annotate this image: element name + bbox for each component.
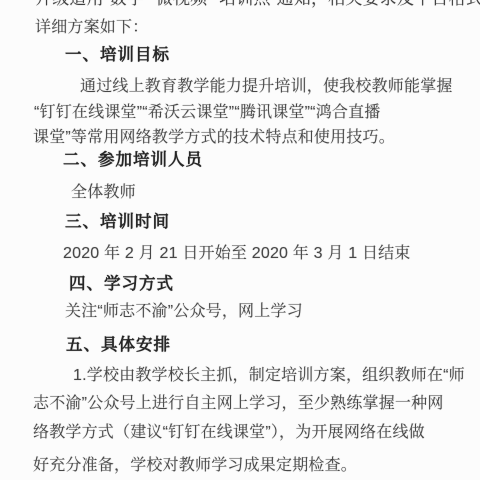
section-5-body-line-2: 志不渝”公众号上进行自主网上学习，至少熟练掌握一种网 — [33, 394, 444, 413]
section-2-heading: 二、参加培训人员 — [63, 151, 203, 170]
document-page: 升级适用“数字”“微视频”“培训点”通知，相关要求及平台格式 详细方案如下： 一… — [0, 0, 480, 480]
section-1-heading: 一、培训目标 — [65, 46, 170, 65]
section-4-heading: 四、学习方式 — [69, 275, 174, 294]
intro-line: 详细方案如下： — [35, 18, 148, 37]
section-2-body-line-1: 全体教师 — [71, 183, 136, 202]
section-3-body-line-1: 2020 年 2 月 21 日开始至 2020 年 3 月 1 日结束 — [63, 244, 411, 263]
section-1-body-line-1: 通过线上教育教学能力提升培训，使我校教师能掌握 — [80, 77, 453, 96]
section-1-body-line-3: 课堂”等常用网络教学方式的技术特点和使用技巧。 — [33, 128, 395, 147]
section-5-body-line-3: 络教学方式（建议“钉钉在线课堂”），为开展网络在线做 — [33, 423, 425, 442]
section-5-body-line-1: 1.学校由教学校长主抓，制定培训方案，组织教师在“师 — [73, 366, 465, 385]
section-3-heading: 三、培训时间 — [65, 213, 170, 232]
section-1-body-line-2: “钉钉在线课堂”“希沃云课堂”“腾讯课堂”“鸿合直播 — [34, 103, 381, 122]
section-5-heading: 五、具体安排 — [66, 336, 171, 355]
cropped-text-line: 升级适用“数字”“微视频”“培训点”通知，相关要求及平台格式 — [35, 0, 480, 8]
section-4-body-line-1: 关注“师志不渝”公众号，网上学习 — [65, 302, 303, 321]
section-5-body-line-4: 好充分准备，学校对教师学习成果定期检查。 — [33, 456, 357, 475]
